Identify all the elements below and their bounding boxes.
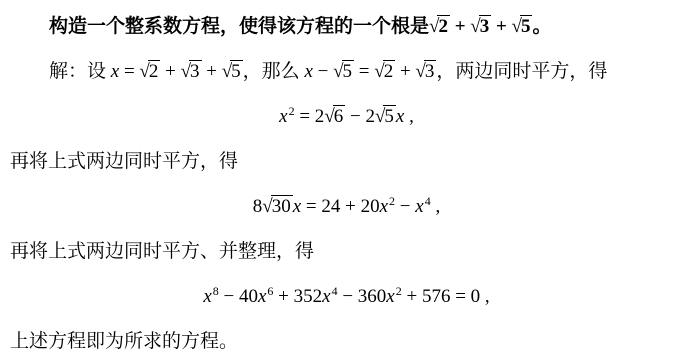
equation-final: x8 − 40x6 + 352x4 − 360x2 + 576 = 0 , <box>10 283 683 311</box>
variable: x4 <box>415 196 430 217</box>
math-run: + 576 = 0 , <box>402 286 490 307</box>
radical-sign-icon: √ <box>222 61 232 82</box>
radical-sign-icon: √ <box>333 61 343 82</box>
variable: x <box>293 196 301 217</box>
solution-step-2: 再将上式两边同时平方，得 <box>10 148 683 176</box>
radical-sign-icon: √ <box>512 16 522 37</box>
variable: x4 <box>322 286 337 307</box>
sqrt-radical: √3 <box>415 61 436 82</box>
text-run: 。 <box>532 16 551 37</box>
radical-sign-icon: √ <box>324 106 334 127</box>
radicand: 5 <box>383 105 396 127</box>
math-run: + <box>491 16 511 37</box>
sqrt-radical: √3 <box>181 61 202 82</box>
conclusion: 上述方程即为所求的方程。 <box>10 328 683 356</box>
sqrt-radical: √5 <box>375 106 396 127</box>
radical-sign-icon: √ <box>415 61 425 82</box>
math-run: + 352 <box>273 286 322 307</box>
variable: x6 <box>258 286 273 307</box>
text-run: 构造一个整系数方程，使得该方程的一个根是 <box>49 16 429 37</box>
text-run: 上述方程即为所求的方程。 <box>10 331 238 352</box>
math-run: + <box>450 16 470 37</box>
radical-sign-icon: √ <box>429 16 439 37</box>
radical-sign-icon: √ <box>470 16 480 37</box>
text-run: 再将上式两边同时平方，得 <box>10 151 238 172</box>
radical-sign-icon: √ <box>181 61 191 82</box>
radical-sign-icon: √ <box>374 61 384 82</box>
text-run: ，那么 <box>243 61 305 82</box>
sqrt-radical: √5 <box>222 61 243 82</box>
variable: x2 <box>386 286 401 307</box>
math-run: + <box>202 61 222 82</box>
math-run: , <box>404 106 414 127</box>
sqrt-radical: √2 <box>374 61 395 82</box>
text-run: ，两边同时平方，得 <box>436 61 607 82</box>
math-run: , <box>431 196 441 217</box>
problem-statement: 构造一个整系数方程，使得该方程的一个根是√2 + √3 + √5。 <box>10 13 683 41</box>
variable: x <box>304 61 312 82</box>
solution-step-1: 解：设 x = √2 + √3 + √5，那么 x − √5 = √2 + √3… <box>10 58 683 86</box>
sqrt-radical: √3 <box>470 16 491 37</box>
radicand: 2 <box>437 15 450 37</box>
math-run: − 360 <box>338 286 387 307</box>
sqrt-radical: √5 <box>333 61 354 82</box>
math-run: + <box>395 61 415 82</box>
math-run: − <box>395 196 415 217</box>
math-run: + <box>160 61 180 82</box>
text-run: 解：设 <box>49 61 111 82</box>
sqrt-radical: √2 <box>429 16 450 37</box>
sqrt-radical: √6 <box>324 106 345 127</box>
math-run: = 24 + 20 <box>301 196 379 217</box>
math-run: − 2 <box>345 106 375 127</box>
radicand: 30 <box>271 195 293 217</box>
variable: x2 <box>279 106 294 127</box>
variable: x8 <box>203 286 218 307</box>
sqrt-radical: √30 <box>262 196 292 217</box>
math-run: = <box>354 61 374 82</box>
math-run: = 2 <box>295 106 325 127</box>
math-document: 构造一个整系数方程，使得该方程的一个根是√2 + √3 + √5。 解：设 x … <box>0 0 693 356</box>
equation-first-square: x2 = 2√6 − 2√5x , <box>10 103 683 131</box>
sqrt-radical: √5 <box>512 16 533 37</box>
math-run: 8 <box>253 196 263 217</box>
math-run: − <box>313 61 333 82</box>
text-run: 再将上式两边同时平方、并整理，得 <box>10 241 314 262</box>
variable: x <box>111 61 119 82</box>
variable: x2 <box>380 196 395 217</box>
radical-sign-icon: √ <box>375 106 385 127</box>
math-run: − 40 <box>219 286 258 307</box>
radical-sign-icon: √ <box>262 196 272 217</box>
solution-step-3: 再将上式两边同时平方、并整理，得 <box>10 238 683 266</box>
radical-sign-icon: √ <box>139 61 149 82</box>
radicand: 5 <box>230 60 243 82</box>
sqrt-radical: √2 <box>139 61 160 82</box>
math-run: = <box>119 61 139 82</box>
equation-second-square: 8√30x = 24 + 20x2 − x4 , <box>10 193 683 221</box>
